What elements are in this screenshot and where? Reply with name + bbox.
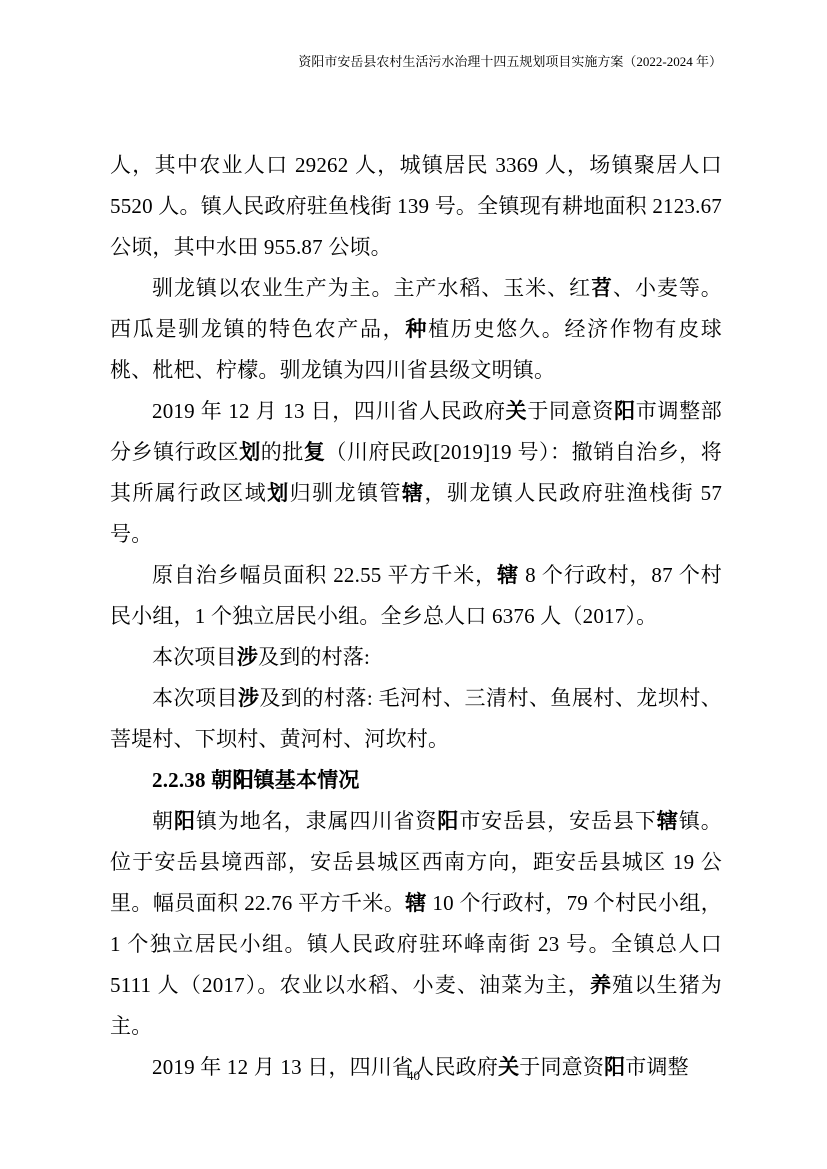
- section-heading: 2.2.38 朝阳镇基本情况: [110, 760, 722, 801]
- text-run-bold: 种: [405, 317, 428, 341]
- text-run-bold: 复: [304, 440, 326, 464]
- text-run-bold: 2.2.38 朝: [152, 768, 232, 792]
- text-run: 于同意资: [527, 399, 614, 423]
- text-run-bold: 辖: [497, 563, 519, 587]
- text-run-bold: 涉: [237, 645, 258, 669]
- text-run: 市安岳县，安岳县下: [459, 809, 657, 833]
- paragraph: 本次项目涉及到的村落: 毛河村、三清村、鱼展村、龙坝村、菩堤村、下坝村、黄河村、…: [110, 678, 722, 760]
- text-run-bold: 划: [267, 481, 289, 505]
- text-run-bold: 阳: [437, 809, 459, 833]
- text-run-bold: 阳: [174, 809, 196, 833]
- page-header: 资阳市安岳县农村生活污水治理十四五规划项目实施方案（2022-2024 年）: [105, 53, 722, 71]
- text-run: 2019 年 12 月 13 日，四川省人民政府: [152, 399, 506, 423]
- text-run: 人，其中农业人口 29262 人，城镇居民 3369 人，场镇聚居人口 5520…: [110, 153, 722, 259]
- text-run: 归驯龙镇管: [290, 481, 402, 505]
- text-run: 本次项目: [152, 686, 238, 710]
- text-run-bold: 辖: [657, 809, 679, 833]
- paragraph: 原自治乡幅员面积 22.55 平方千米，辖 8 个行政村，87 个村民小组，1 …: [110, 555, 722, 637]
- header-title: 资阳市安岳县农村生活污水治理十四五规划项目实施方案（2022-2024 年）: [298, 54, 722, 69]
- text-run-bold: 养: [590, 973, 612, 997]
- document-body: 人，其中农业人口 29262 人，城镇居民 3369 人，场镇聚居人口 5520…: [110, 145, 722, 1088]
- text-run: 及到的村落:: [258, 645, 370, 669]
- text-run: 本次项目: [152, 645, 237, 669]
- page-footer: 40: [0, 1068, 827, 1084]
- text-run: 镇为地名，隶属四川省资: [196, 809, 437, 833]
- document-page: 资阳市安岳县农村生活污水治理十四五规划项目实施方案（2022-2024 年） 人…: [0, 0, 827, 1169]
- text-run-bold: 辖: [402, 481, 424, 505]
- page-number: 40: [407, 1068, 420, 1083]
- text-run: 朝: [152, 809, 174, 833]
- text-run: 驯龙镇以农业生产为主。主产水稻、玉米、红: [152, 276, 591, 300]
- text-run: 原自治乡幅员面积 22.55 平方千米，: [152, 563, 497, 587]
- paragraph: 本次项目涉及到的村落:: [110, 637, 722, 678]
- text-run-bold: 关: [506, 399, 528, 423]
- paragraph: 2019 年 12 月 13 日，四川省人民政府关于同意资阳市调整部分乡镇行政区…: [110, 391, 722, 555]
- text-run-bold: 阳: [614, 399, 636, 423]
- paragraph: 朝阳镇为地名，隶属四川省资阳市安岳县，安岳县下辖镇。位于安岳县境西部，安岳县城区…: [110, 801, 722, 1047]
- text-run-bold: 镇基本情况: [254, 768, 360, 792]
- text-run-bold: 涉: [238, 686, 259, 710]
- text-run-bold: 阳: [232, 768, 253, 792]
- text-run-bold: 划: [239, 440, 261, 464]
- paragraph: 人，其中农业人口 29262 人，城镇居民 3369 人，场镇聚居人口 5520…: [110, 145, 722, 268]
- text-run-bold: 辖: [405, 891, 426, 915]
- paragraph: 驯龙镇以农业生产为主。主产水稻、玉米、红苕、小麦等。西瓜是驯龙镇的特色农产品，种…: [110, 268, 722, 391]
- text-run: 的批: [261, 440, 304, 464]
- text-run-bold: 苕: [591, 276, 613, 300]
